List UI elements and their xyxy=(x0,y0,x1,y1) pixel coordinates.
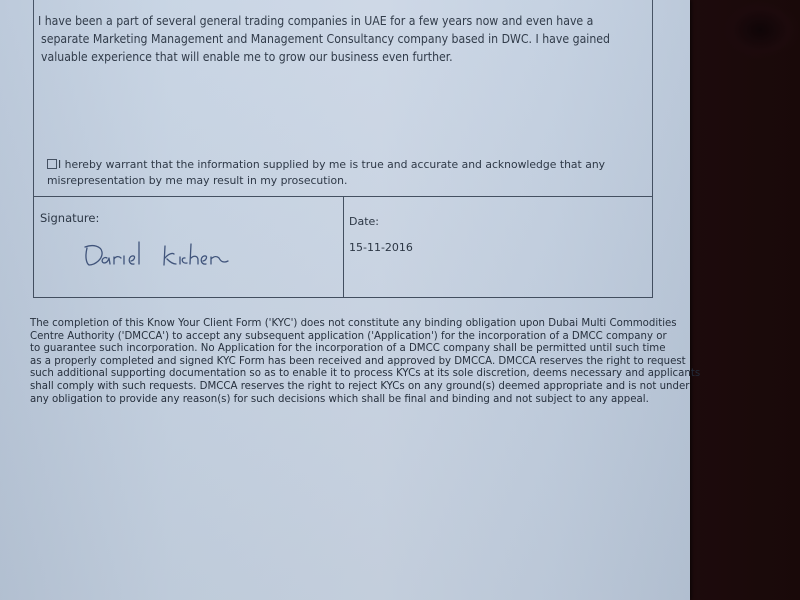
disclaimer-line: shall comply with such requests. DMCCA r… xyxy=(30,381,660,394)
handwritten-signature[interactable] xyxy=(81,238,251,272)
disclaimer-line: any obligation to provide any reason(s) … xyxy=(30,394,660,407)
signature-label: Signature: xyxy=(40,211,99,225)
statement-line: valuable experience that will enable me … xyxy=(38,48,648,66)
warranty-declaration: I hereby warrant that the information su… xyxy=(47,157,647,189)
statement-line: separate Marketing Management and Manage… xyxy=(38,30,648,48)
disclaimer-line: such additional supporting documentation… xyxy=(30,368,660,381)
kyc-form-page: I have been a part of several general tr… xyxy=(0,0,690,600)
experience-statement: I have been a part of several general tr… xyxy=(38,12,648,66)
warranty-text: I hereby warrant that the information su… xyxy=(58,158,605,171)
disclaimer-line: to guarantee such incorporation. No Appl… xyxy=(30,343,660,356)
warranty-checkbox[interactable] xyxy=(47,159,57,169)
form-table: I have been a part of several general tr… xyxy=(33,0,653,298)
disclaimer-line: The completion of this Know Your Client … xyxy=(30,318,660,331)
table-divider-vertical xyxy=(343,196,344,297)
disclaimer-line: Centre Authority ('DMCCA') to accept any… xyxy=(30,331,660,344)
date-label: Date: xyxy=(349,215,379,228)
kyc-disclaimer: The completion of this Know Your Client … xyxy=(30,318,660,406)
warranty-line-1: I hereby warrant that the information su… xyxy=(47,157,647,173)
statement-line: I have been a part of several general tr… xyxy=(38,12,648,30)
disclaimer-line: as a properly completed and signed KYC F… xyxy=(30,356,660,369)
date-value: 15-11-2016 xyxy=(349,241,413,254)
warranty-line-2: misrepresentation by me may result in my… xyxy=(47,173,647,189)
